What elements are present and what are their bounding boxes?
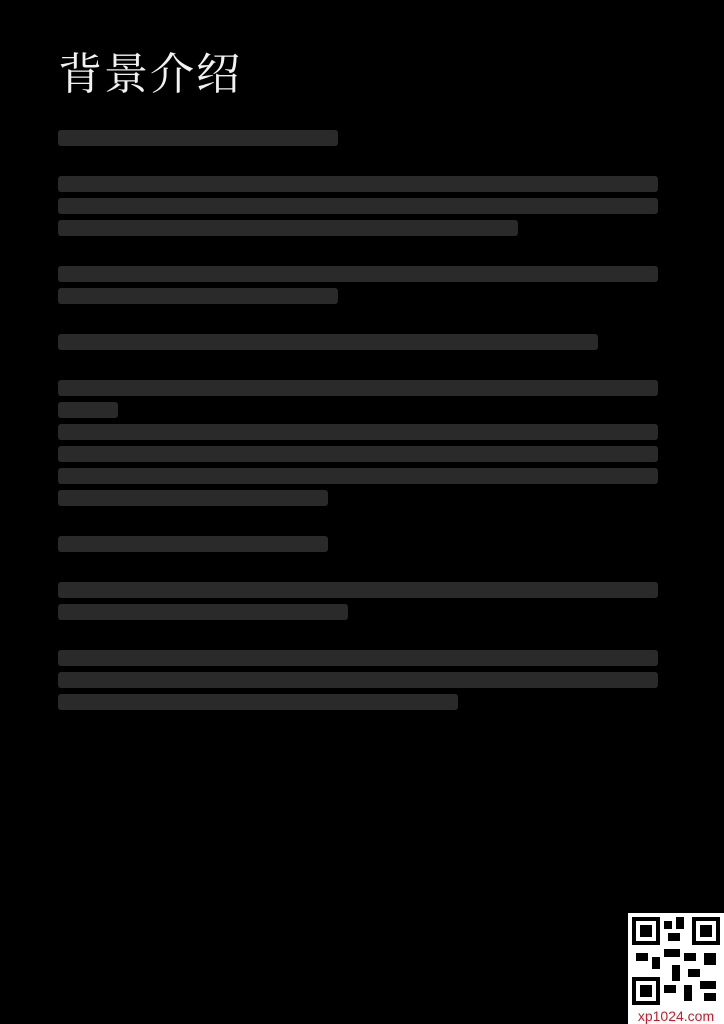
redacted-line — [58, 176, 658, 192]
redacted-line — [58, 402, 118, 418]
redacted-line — [58, 334, 598, 350]
redacted-line — [58, 536, 328, 552]
redacted-line — [58, 220, 518, 236]
paragraph-7 — [58, 582, 668, 620]
paragraph-3 — [58, 266, 668, 304]
watermark-caption: xp1024.com — [628, 1008, 724, 1024]
qr-code-icon — [632, 917, 720, 1005]
redacted-line — [58, 468, 658, 484]
paragraph-1 — [58, 130, 668, 146]
redacted-line — [58, 604, 348, 620]
page-title: 背景介绍 — [58, 38, 242, 102]
qr-watermark: xp1024.com — [628, 913, 724, 1024]
paragraph-4 — [58, 334, 668, 350]
redacted-line — [58, 198, 658, 214]
redacted-line — [58, 490, 328, 506]
redacted-line — [58, 446, 658, 462]
redacted-line — [58, 380, 658, 396]
story-body — [58, 130, 668, 740]
redacted-line — [58, 266, 658, 282]
redacted-line — [58, 582, 658, 598]
redacted-line — [58, 694, 458, 710]
redacted-line — [58, 130, 338, 146]
redacted-line — [58, 288, 338, 304]
redacted-line — [58, 650, 658, 666]
redacted-line — [58, 424, 658, 440]
paragraph-6 — [58, 536, 668, 552]
paragraph-2 — [58, 176, 668, 236]
paragraph-8 — [58, 650, 668, 710]
redacted-line — [58, 672, 658, 688]
paragraph-5 — [58, 380, 668, 506]
